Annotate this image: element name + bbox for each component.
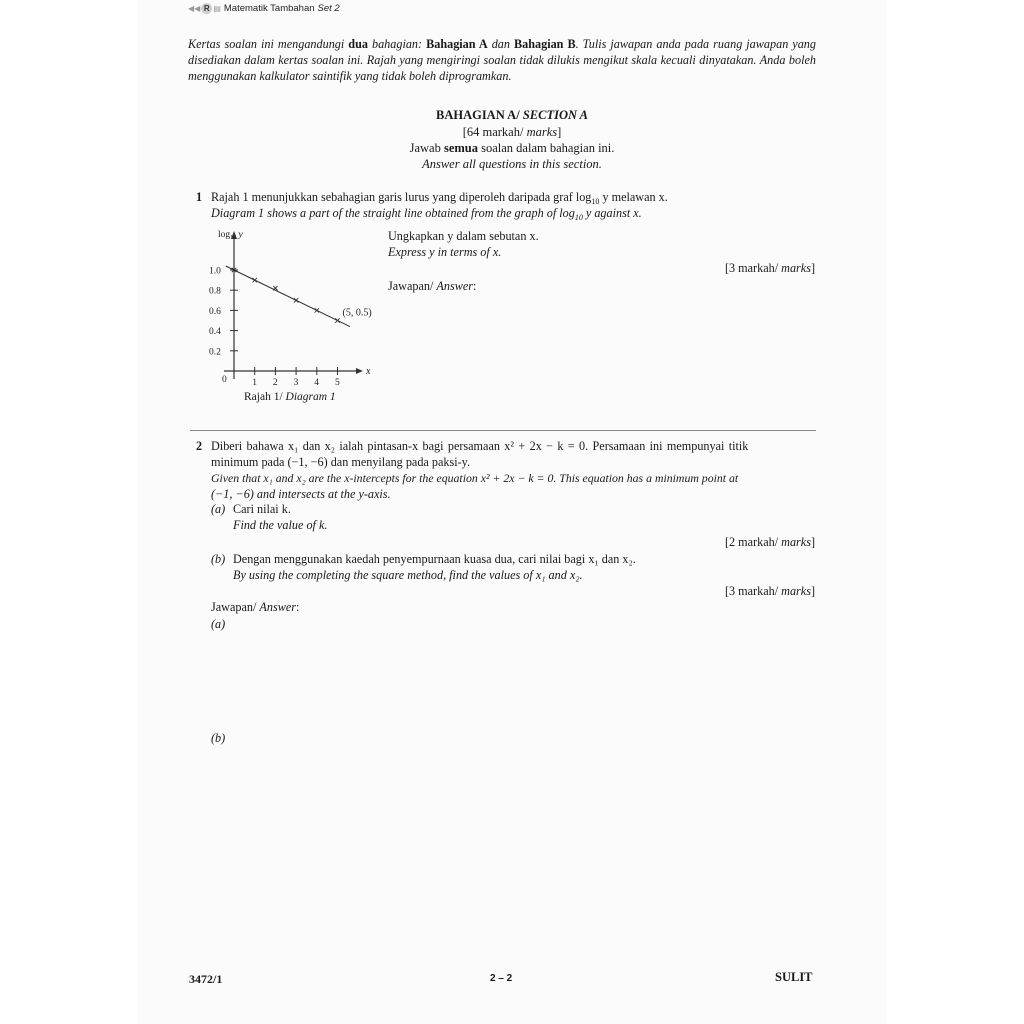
q2-stem-ms-2: minimum pada (−1, −6) dan menyilang pada… — [211, 454, 470, 471]
svg-text:x: x — [365, 366, 371, 377]
q1-stem-en: Diagram 1 shows a part of the straight l… — [211, 205, 642, 222]
svg-text:5: 5 — [335, 378, 340, 388]
q2-stem-en-1: Given that x₁ and x₂ are the x-intercept… — [211, 470, 738, 487]
best-fit-line — [226, 266, 350, 327]
instructions-paragraph: Kertas soalan ini mengandungi dua bahagi… — [188, 36, 816, 85]
svg-text:0.4: 0.4 — [209, 327, 221, 337]
section-instruction-ms: Jawab semua soalan dalam bahagian ini. — [138, 141, 886, 156]
svg-text:0.2: 0.2 — [209, 347, 221, 357]
svg-text:0.6: 0.6 — [209, 307, 221, 317]
question-divider — [190, 430, 816, 431]
logo-letter: R — [201, 3, 212, 14]
header-title: Matematik Tambahan — [224, 3, 315, 14]
svg-text:0.8: 0.8 — [209, 287, 221, 297]
q2-number: 2 — [196, 438, 202, 455]
point-annotation: (5, 0.5) — [343, 308, 372, 319]
q1-task-ms: Ungkapkan y dalam sebutan x. — [388, 228, 539, 245]
svg-text:1: 1 — [252, 378, 257, 388]
svg-text:log10 y: log10 y — [218, 230, 244, 241]
q1-answer-label: Jawapan/ Answer: — [388, 278, 476, 295]
q2b-ms: Dengan menggunakan kaedah penyempurnaan … — [233, 551, 636, 568]
header-set: Set 2 — [318, 3, 340, 14]
q1-number: 1 — [196, 189, 202, 206]
svg-text:4: 4 — [314, 378, 319, 388]
q2-answer-a: (a) — [211, 616, 225, 633]
section-instruction-en: Answer all questions in this section. — [138, 157, 886, 172]
q1-marks: [3 markah/ marks] — [725, 261, 815, 276]
footer-classification: SULIT — [775, 970, 813, 985]
q2-answer-b: (b) — [211, 730, 225, 747]
running-header: ◀◀R▤ Matematik Tambahan Set 2 — [188, 3, 340, 14]
q1-stem-ms: Rajah 1 menunjukkan sebahagian garis lur… — [211, 189, 668, 206]
q2b-en: By using the completing the square metho… — [233, 567, 583, 584]
q2a-label: (a) — [211, 501, 225, 518]
x-axis-arrow-icon — [356, 368, 363, 374]
svg-text:3: 3 — [294, 378, 299, 388]
q2a-ms: Cari nilai k. — [233, 501, 291, 518]
footer-page-number: 2 – 2 — [490, 973, 512, 984]
section-title: BAHAGIAN A/ SECTION A — [138, 108, 886, 123]
q2a-en: Find the value of k. — [233, 517, 327, 534]
svg-text:0: 0 — [222, 375, 227, 385]
q2a-marks: [2 markah/ marks] — [725, 535, 815, 550]
svg-text:2: 2 — [273, 378, 278, 388]
q2-answer-label: Jawapan/ Answer: — [211, 599, 299, 616]
section-marks: [64 markah/ marks] — [138, 125, 886, 140]
publisher-logo: ◀◀R▤ — [188, 3, 221, 14]
q2b-marks: [3 markah/ marks] — [725, 584, 815, 599]
diagram-1-caption: Rajah 1/ Diagram 1 — [244, 391, 336, 403]
q2b-label: (b) — [211, 551, 225, 568]
footer-paper-code: 3472/1 — [189, 972, 222, 987]
diagram-1-graph: 0.20.40.60.81.0123450xlog10 y(5, 0.5) — [195, 225, 385, 410]
q1-task-en: Express y in terms of x. — [388, 244, 501, 261]
svg-text:1.0: 1.0 — [209, 267, 221, 277]
q2-stem-ms-1: Diberi bahawa x₁ dan x₂ ialah pintasan-x… — [211, 438, 748, 455]
